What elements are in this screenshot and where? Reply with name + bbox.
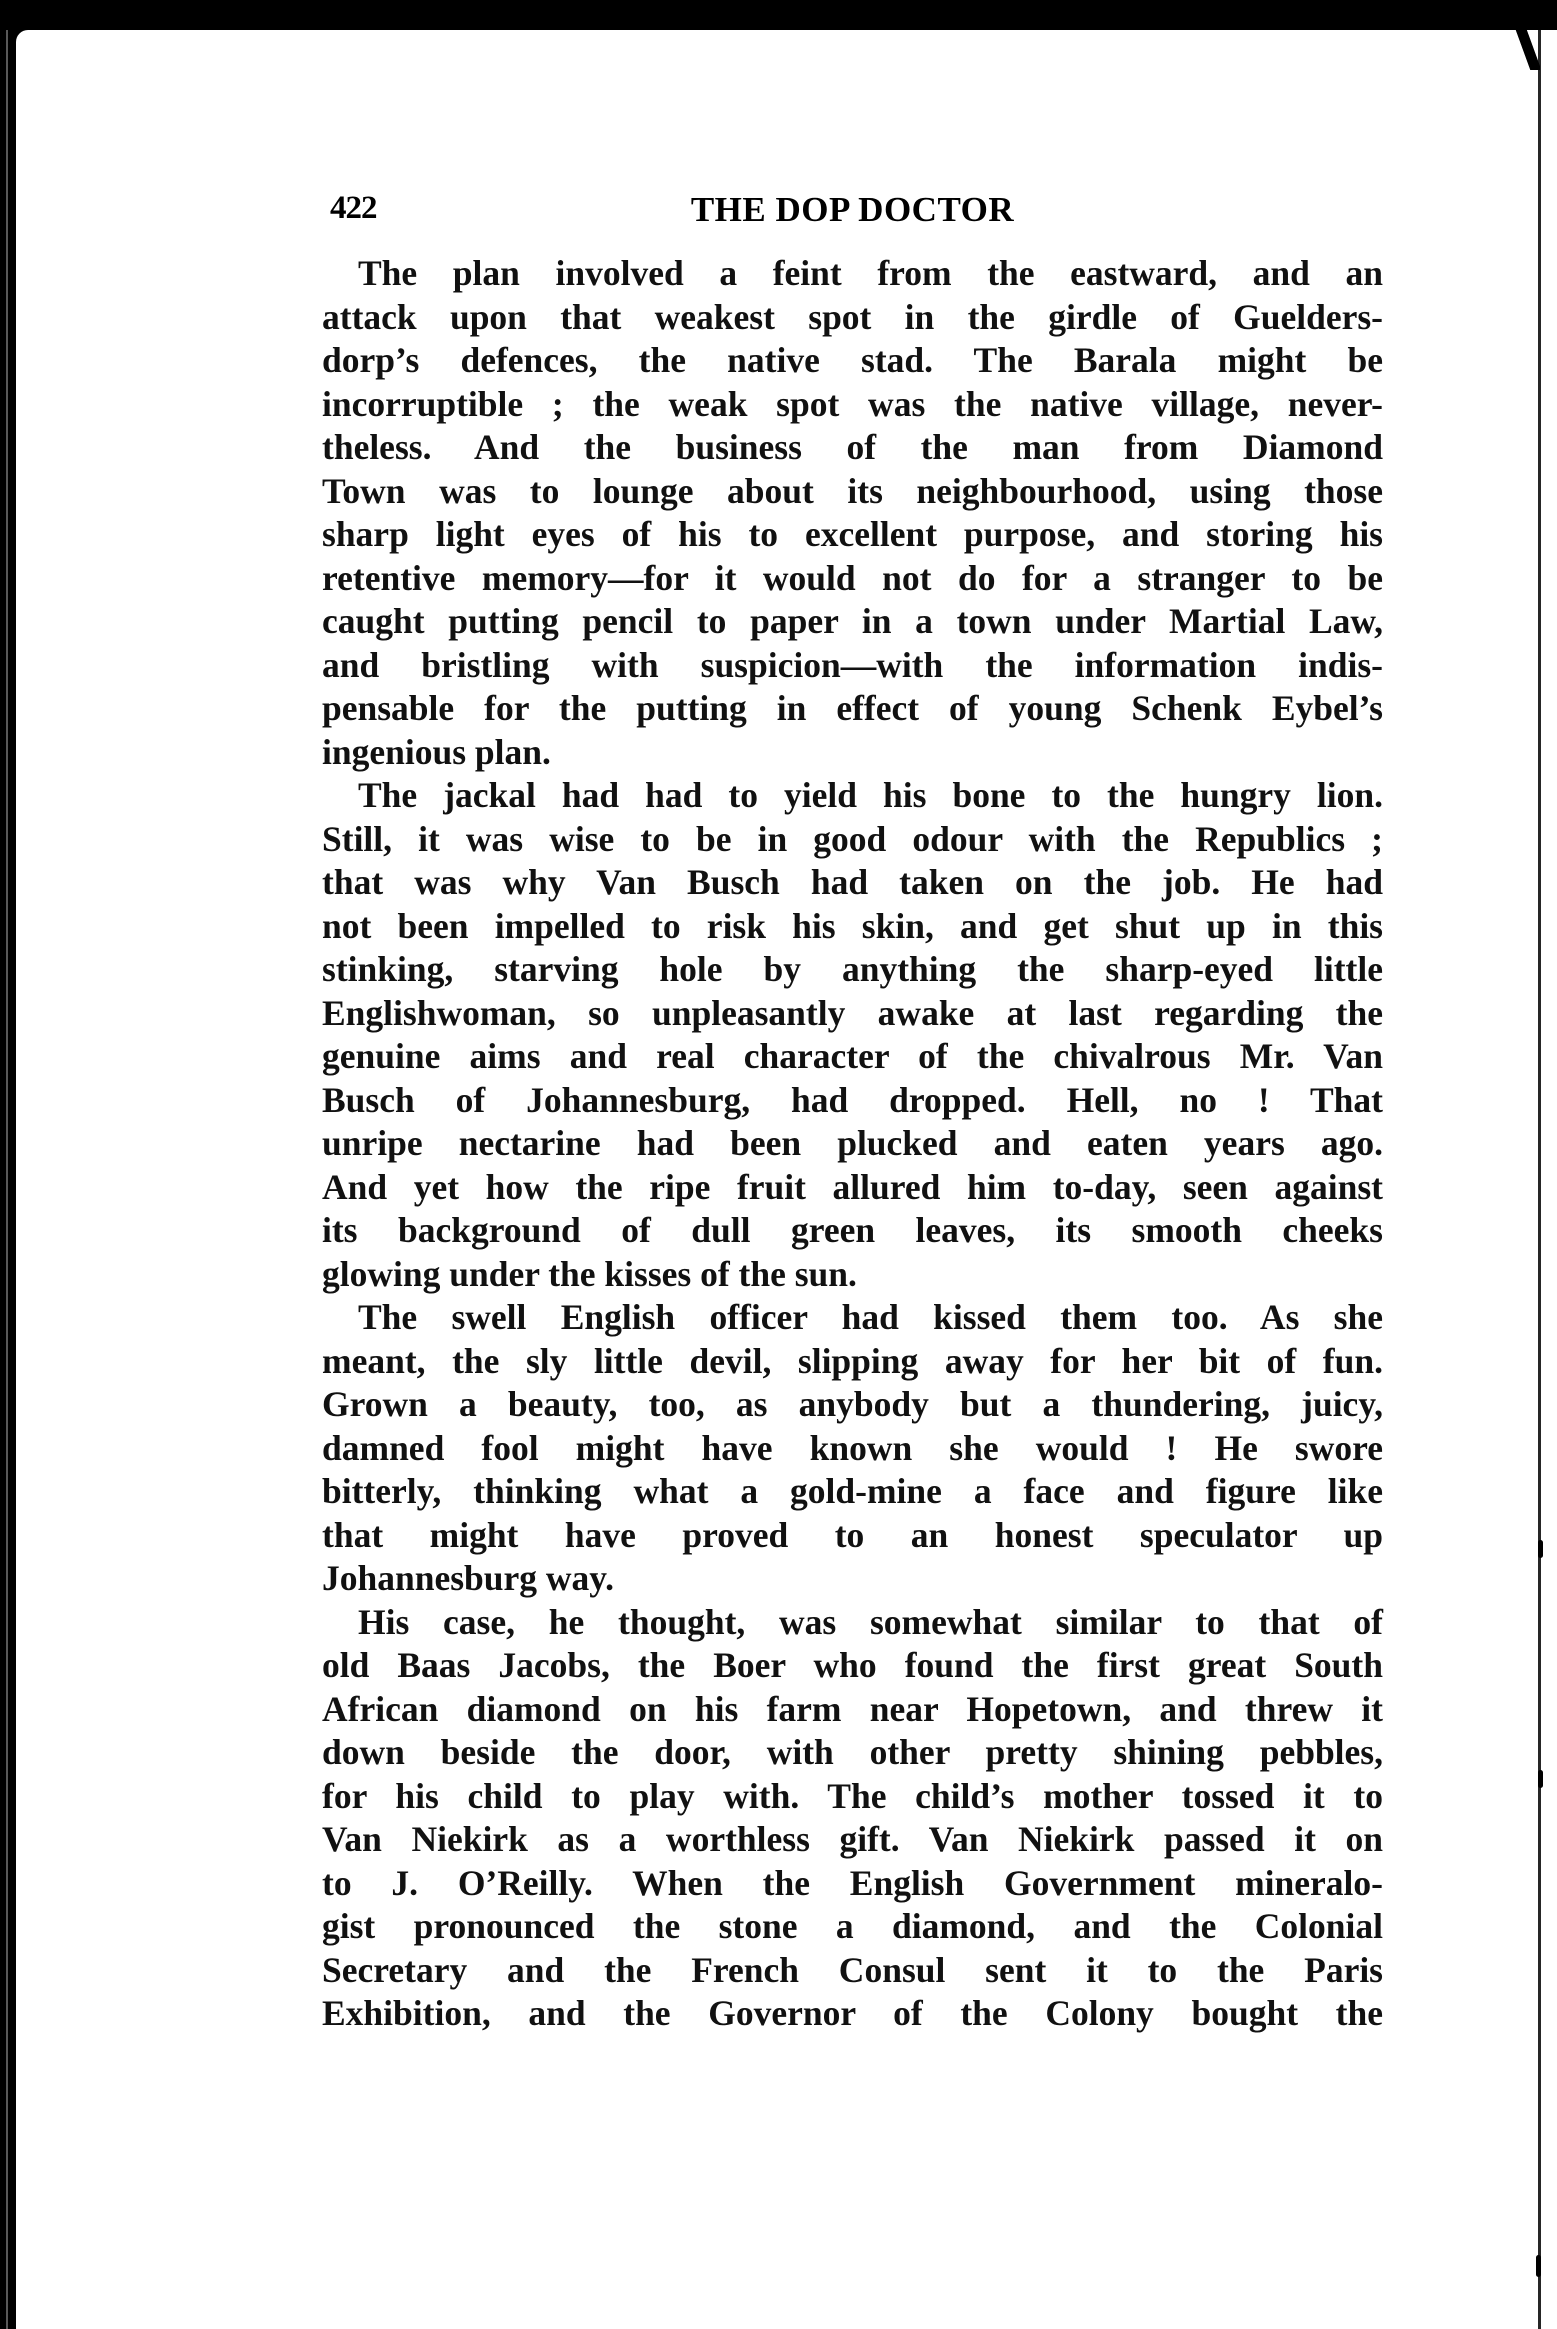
text-line: And yet how the ripe fruit allured him t… (322, 1166, 1383, 1210)
text-line: gist pronounced the stone a diamond, and… (322, 1905, 1383, 1949)
text-line: not been impelled to risk his skin, and … (322, 905, 1383, 949)
page-corner (16, 30, 30, 44)
scan-speck (1538, 1540, 1543, 1558)
text-line: Exhibition, and the Governor of the Colo… (322, 1992, 1383, 2036)
text-line: The plan involved a feint from the eastw… (322, 252, 1383, 296)
text-line: that was why Van Busch had taken on the … (322, 861, 1383, 905)
text-line: Van Niekirk as a worthless gift. Van Nie… (322, 1818, 1383, 1862)
text-line: incorruptible ; the weak spot was the na… (322, 383, 1383, 427)
text-line: to J. O’Reilly. When the English Governm… (322, 1862, 1383, 1906)
text-line: theless. And the business of the man fro… (322, 426, 1383, 470)
text-line: for his child to play with. The child’s … (322, 1775, 1383, 1819)
text-line: that might have proved to an honest spec… (322, 1514, 1383, 1558)
text-line: its background of dull green leaves, its… (322, 1209, 1383, 1253)
text-line: Still, it was wise to be in good odour w… (322, 818, 1383, 862)
text-line: unripe nectarine had been plucked and ea… (322, 1122, 1383, 1166)
text-line: genuine aims and real character of the c… (322, 1035, 1383, 1079)
text-line: Englishwoman, so unpleasantly awake at l… (322, 992, 1383, 1036)
paragraph: The jackal had had to yield his bone to … (322, 774, 1383, 1296)
paragraph: The plan involved a feint from the eastw… (322, 252, 1383, 774)
text-line: down beside the door, with other pretty … (322, 1731, 1383, 1775)
text-line: damned fool might have known she would !… (322, 1427, 1383, 1471)
text-line: Town was to lounge about its neighbourho… (322, 470, 1383, 514)
text-line: African diamond on his farm near Hopetow… (322, 1688, 1383, 1732)
text-line: meant, the sly little devil, slipping aw… (322, 1340, 1383, 1384)
text-line: sharp light eyes of his to excellent pur… (322, 513, 1383, 557)
text-line: Secretary and the French Consul sent it … (322, 1949, 1383, 1993)
paragraph: His case, he thought, was somewhat simil… (322, 1601, 1383, 2036)
scan-speck (1538, 1770, 1543, 1788)
text-line: and bristling with suspicion—with the in… (322, 644, 1383, 688)
scan-speck (1536, 2255, 1541, 2277)
text-line: His case, he thought, was somewhat simil… (322, 1601, 1383, 1645)
running-title: THE DOP DOCTOR (322, 190, 1383, 230)
text-line: stinking, starving hole by anything the … (322, 948, 1383, 992)
text-line: dorp’s defences, the native stad. The Ba… (322, 339, 1383, 383)
running-head: 422 THE DOP DOCTOR (322, 190, 1383, 236)
text-line: old Baas Jacobs, the Boer who found the … (322, 1644, 1383, 1688)
text-line: Busch of Johannesburg, had dropped. Hell… (322, 1079, 1383, 1123)
text-line: bitterly, thinking what a gold-mine a fa… (322, 1470, 1383, 1514)
text-line: attack upon that weakest spot in the gir… (322, 296, 1383, 340)
scan-left-border (0, 0, 16, 2329)
body-text: The plan involved a feint from the eastw… (322, 252, 1383, 2036)
page-right-edge (1538, 30, 1541, 2329)
text-line: The swell English officer had kissed the… (322, 1296, 1383, 1340)
paragraph: The swell English officer had kissed the… (322, 1296, 1383, 1601)
text-line: glowing under the kisses of the sun. (322, 1253, 1383, 1297)
page-curl-mark (1510, 30, 1540, 70)
text-line: Johannesburg way. (322, 1557, 1383, 1601)
text-line: pensable for the putting in effect of yo… (322, 687, 1383, 731)
text-line: retentive memory—for it would not do for… (322, 557, 1383, 601)
text-line: ingenious plan. (322, 731, 1383, 775)
text-line: Grown a beauty, too, as anybody but a th… (322, 1383, 1383, 1427)
text-line: caught putting pencil to paper in a town… (322, 600, 1383, 644)
scan-top-border (0, 0, 1557, 30)
text-line: The jackal had had to yield his bone to … (322, 774, 1383, 818)
